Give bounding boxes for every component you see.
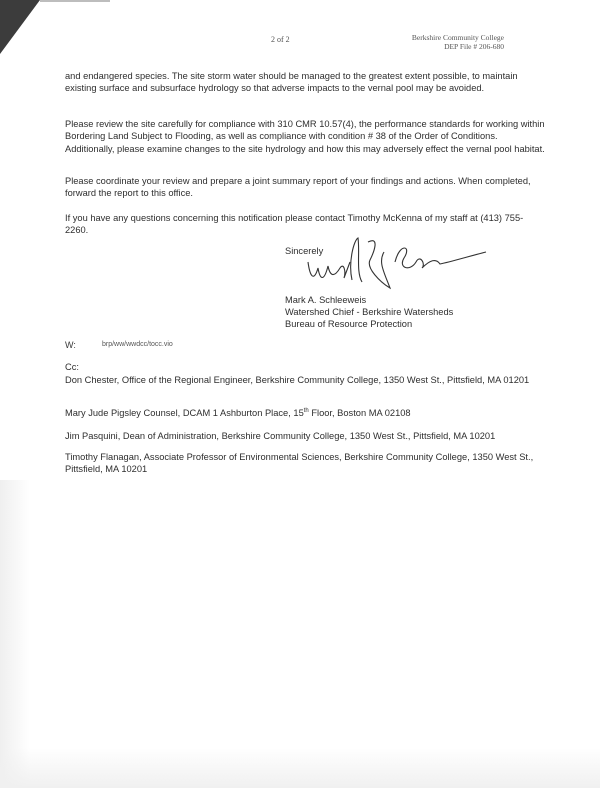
scan-shadow-left (0, 480, 30, 788)
cc-recipient: Don Chester, Office of the Regional Engi… (65, 374, 545, 386)
paragraph-coordinate-report: Please coordinate your review and prepar… (65, 175, 545, 200)
cc-label: Cc: (65, 362, 79, 372)
signer-name: Mark A. Schleeweis (285, 294, 453, 306)
cc-recipient: Mary Jude Pigsley Counsel, DCAM 1 Ashbur… (65, 405, 545, 420)
signer-bureau: Bureau of Resource Protection (285, 318, 453, 330)
page-indicator: 2 of 2 (271, 35, 290, 44)
cc-recipient: Jim Pasquini, Dean of Administration, Be… (65, 430, 545, 442)
signature-block: Mark A. Schleeweis Watershed Chief - Ber… (285, 294, 453, 330)
header-file-number: DEP File # 206-680 (400, 42, 504, 51)
signer-title: Watershed Chief - Berkshire Watersheds (285, 306, 453, 318)
paragraph-compliance-review: Please review the site carefully for com… (65, 118, 545, 155)
cc-recipient: Timothy Flanagan, Associate Professor of… (65, 451, 545, 476)
handwritten-signature (300, 232, 490, 292)
reference-path: brp/ww/wwdcc/tocc.vio (102, 341, 173, 348)
header-reference: Berkshire Community College DEP File # 2… (400, 33, 504, 51)
paragraph-stormwater: and endangered species. The site storm w… (65, 70, 545, 95)
cc-recipient-text: Floor, Boston MA 02108 (309, 408, 411, 418)
reference-label: W: (65, 340, 76, 350)
scanned-page-corner-fold (0, 0, 40, 54)
scan-edge-strip (40, 0, 110, 2)
scan-shadow-bottom (0, 748, 600, 788)
header-institution: Berkshire Community College (400, 33, 504, 42)
cc-recipient-text: Mary Jude Pigsley Counsel, DCAM 1 Ashbur… (65, 408, 304, 418)
